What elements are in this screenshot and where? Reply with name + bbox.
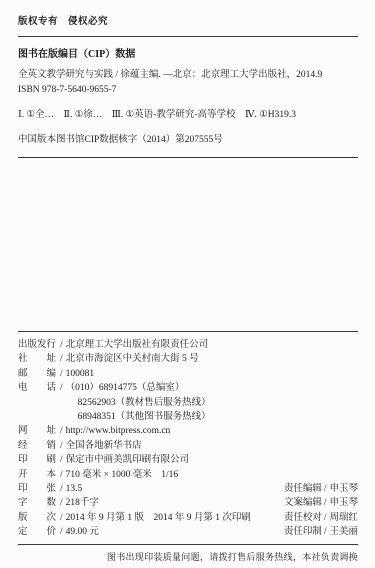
colophon-row-value: 保定市中画美凯印刷有限公司: [66, 453, 190, 467]
divider-colophon-top: [18, 331, 358, 332]
colophon-row: 经 销 / 全国各地新华书店: [18, 439, 358, 453]
colophon-row-label: 电 话: [18, 381, 58, 395]
colophon-row-value: （010）68914775（总编室）: [66, 381, 185, 395]
colophon-row: 网 址 / http://www.bitpress.com.cn: [18, 424, 358, 438]
colophon-row-separator: /: [58, 381, 66, 395]
colophon-row-separator: /: [58, 338, 66, 352]
colophon-row: 出版发行 / 北京理工大学出版社有限责任公司: [18, 338, 358, 352]
quality-exchange-notice: 图书出现印装质量问题，请拨打售后服务热线，本社负责调换: [18, 550, 358, 563]
copyright-page: 版权专有 侵权必究 图书在版编目（CIP）数据 全英文教学研究与实践 / 徐蕴主…: [0, 0, 375, 568]
colophon-block: 出版发行 / 北京理工大学出版社有限责任公司 社 址 / 北京市海淀区中关村南大…: [18, 338, 358, 540]
colophon-row-value: 13.5: [66, 482, 83, 496]
editor-role-label: 责任校对: [284, 513, 322, 523]
colophon-row-separator: /: [58, 352, 66, 366]
cip-heading: 图书在版编目（CIP）数据: [18, 45, 358, 60]
cip-record-number: 中国版本图书馆CIP数据核字（2014）第207555号: [18, 133, 358, 148]
editor-name: 周瑞红: [329, 513, 358, 523]
colophon-row-label: 印 张: [18, 482, 58, 496]
colophon-row: 定 价 / 49.00 元 责任印制/王美丽: [18, 525, 358, 539]
cip-block: 图书在版编目（CIP）数据 全英文教学研究与实践 / 徐蕴主编. —北京：北京理…: [18, 45, 358, 148]
colophon-row-value: 北京理工大学出版社有限责任公司: [66, 338, 209, 352]
colophon-row: / 68948351（其他图书服务热线）: [18, 410, 358, 424]
colophon-row: 邮 编 / 100081: [18, 367, 358, 381]
colophon-row-editor: 责任校对/周瑞红: [284, 511, 358, 525]
blank-area: [18, 158, 358, 331]
editor-role-label: 责任印制: [284, 527, 322, 537]
colophon-row-separator: /: [58, 424, 66, 438]
colophon-row-value: http://www.bitpress.com.cn: [66, 424, 171, 438]
editor-name: 王美丽: [329, 527, 358, 537]
colophon-row-label: 出版发行: [18, 338, 58, 352]
colophon-row: 开 本 / 710 毫米 × 1000 毫米 1/16: [18, 468, 358, 482]
colophon-row: / 82562903（教材售后服务热线）: [18, 396, 358, 410]
colophon-row: 社 址 / 北京市海淀区中关村南大街 5 号: [18, 352, 358, 366]
colophon-row-separator: /: [58, 482, 66, 496]
colophon-row-label: 开 本: [18, 468, 58, 482]
cip-isbn: ISBN 978-7-5640-9655-7: [18, 83, 358, 98]
colophon-row-value: 710 毫米 × 1000 毫米 1/16: [66, 468, 179, 482]
colophon-row: 印 刷 / 保定市中画美凯印刷有限公司: [18, 453, 358, 467]
copyright-notice: 版权专有 侵权必究: [18, 13, 358, 27]
colophon-row-value: 2014 年 9 月第 1 版 2014 年 9 月第 1 次印刷: [66, 511, 251, 525]
colophon-row-editor: 责任印制/王美丽: [284, 525, 358, 539]
colophon-row: 字 数 / 218千字 文案编辑/申玉琴: [18, 496, 358, 510]
colophon-row-value: 218千字: [66, 496, 99, 510]
editor-name: 申玉琴: [329, 498, 358, 508]
editor-name: 申玉琴: [329, 484, 358, 494]
colophon-row-label: 定 价: [18, 525, 58, 539]
colophon-row-label: 字 数: [18, 496, 58, 510]
colophon-row-separator: /: [58, 367, 66, 381]
colophon-row-separator: /: [58, 439, 66, 453]
colophon-row-separator: /: [58, 525, 66, 539]
cip-classification: Ⅰ. ①全… Ⅱ. ①徐… Ⅲ. ①英语-教学研究-高等学校 Ⅳ. ①H319.…: [18, 108, 358, 123]
colophon-row-value: 68948351（其他图书服务热线）: [66, 410, 211, 424]
colophon-row-separator: /: [58, 453, 66, 467]
editor-role-label: 责任编辑: [284, 484, 322, 494]
colophon-row-value: 北京市海淀区中关村南大街 5 号: [66, 352, 199, 366]
colophon-row-label: 邮 编: [18, 367, 58, 381]
divider-colophon-bottom: [18, 544, 358, 545]
colophon-row-label: 经 销: [18, 439, 58, 453]
colophon-row-editor: 文案编辑/申玉琴: [284, 496, 358, 510]
cip-book-line: 全英文教学研究与实践 / 徐蕴主编. —北京：北京理工大学出版社，2014.9: [18, 68, 358, 83]
colophon-row-editor: 责任编辑/申玉琴: [284, 482, 358, 496]
colophon-row-separator: /: [58, 511, 66, 525]
colophon-row-value: 82562903（教材售后服务热线）: [66, 396, 211, 410]
colophon-row-value: 49.00 元: [66, 525, 99, 539]
editor-role-label: 文案编辑: [284, 498, 322, 508]
colophon-row-separator: /: [58, 496, 66, 510]
colophon-row-label: 印 刷: [18, 453, 58, 467]
colophon-row: 印 张 / 13.5 责任编辑/申玉琴: [18, 482, 358, 496]
colophon-row-label: 社 址: [18, 352, 58, 366]
colophon-row: 版 次 / 2014 年 9 月第 1 版 2014 年 9 月第 1 次印刷 …: [18, 511, 358, 525]
colophon-row-separator: /: [58, 468, 66, 482]
colophon-row-value: 全国各地新华书店: [66, 439, 142, 453]
colophon-row-label: 网 址: [18, 424, 58, 438]
colophon-row-value: 100081: [66, 367, 95, 381]
divider-top: [18, 36, 358, 37]
colophon-row: 电 话 / （010）68914775（总编室）: [18, 381, 358, 395]
colophon-row-label: 版 次: [18, 511, 58, 525]
